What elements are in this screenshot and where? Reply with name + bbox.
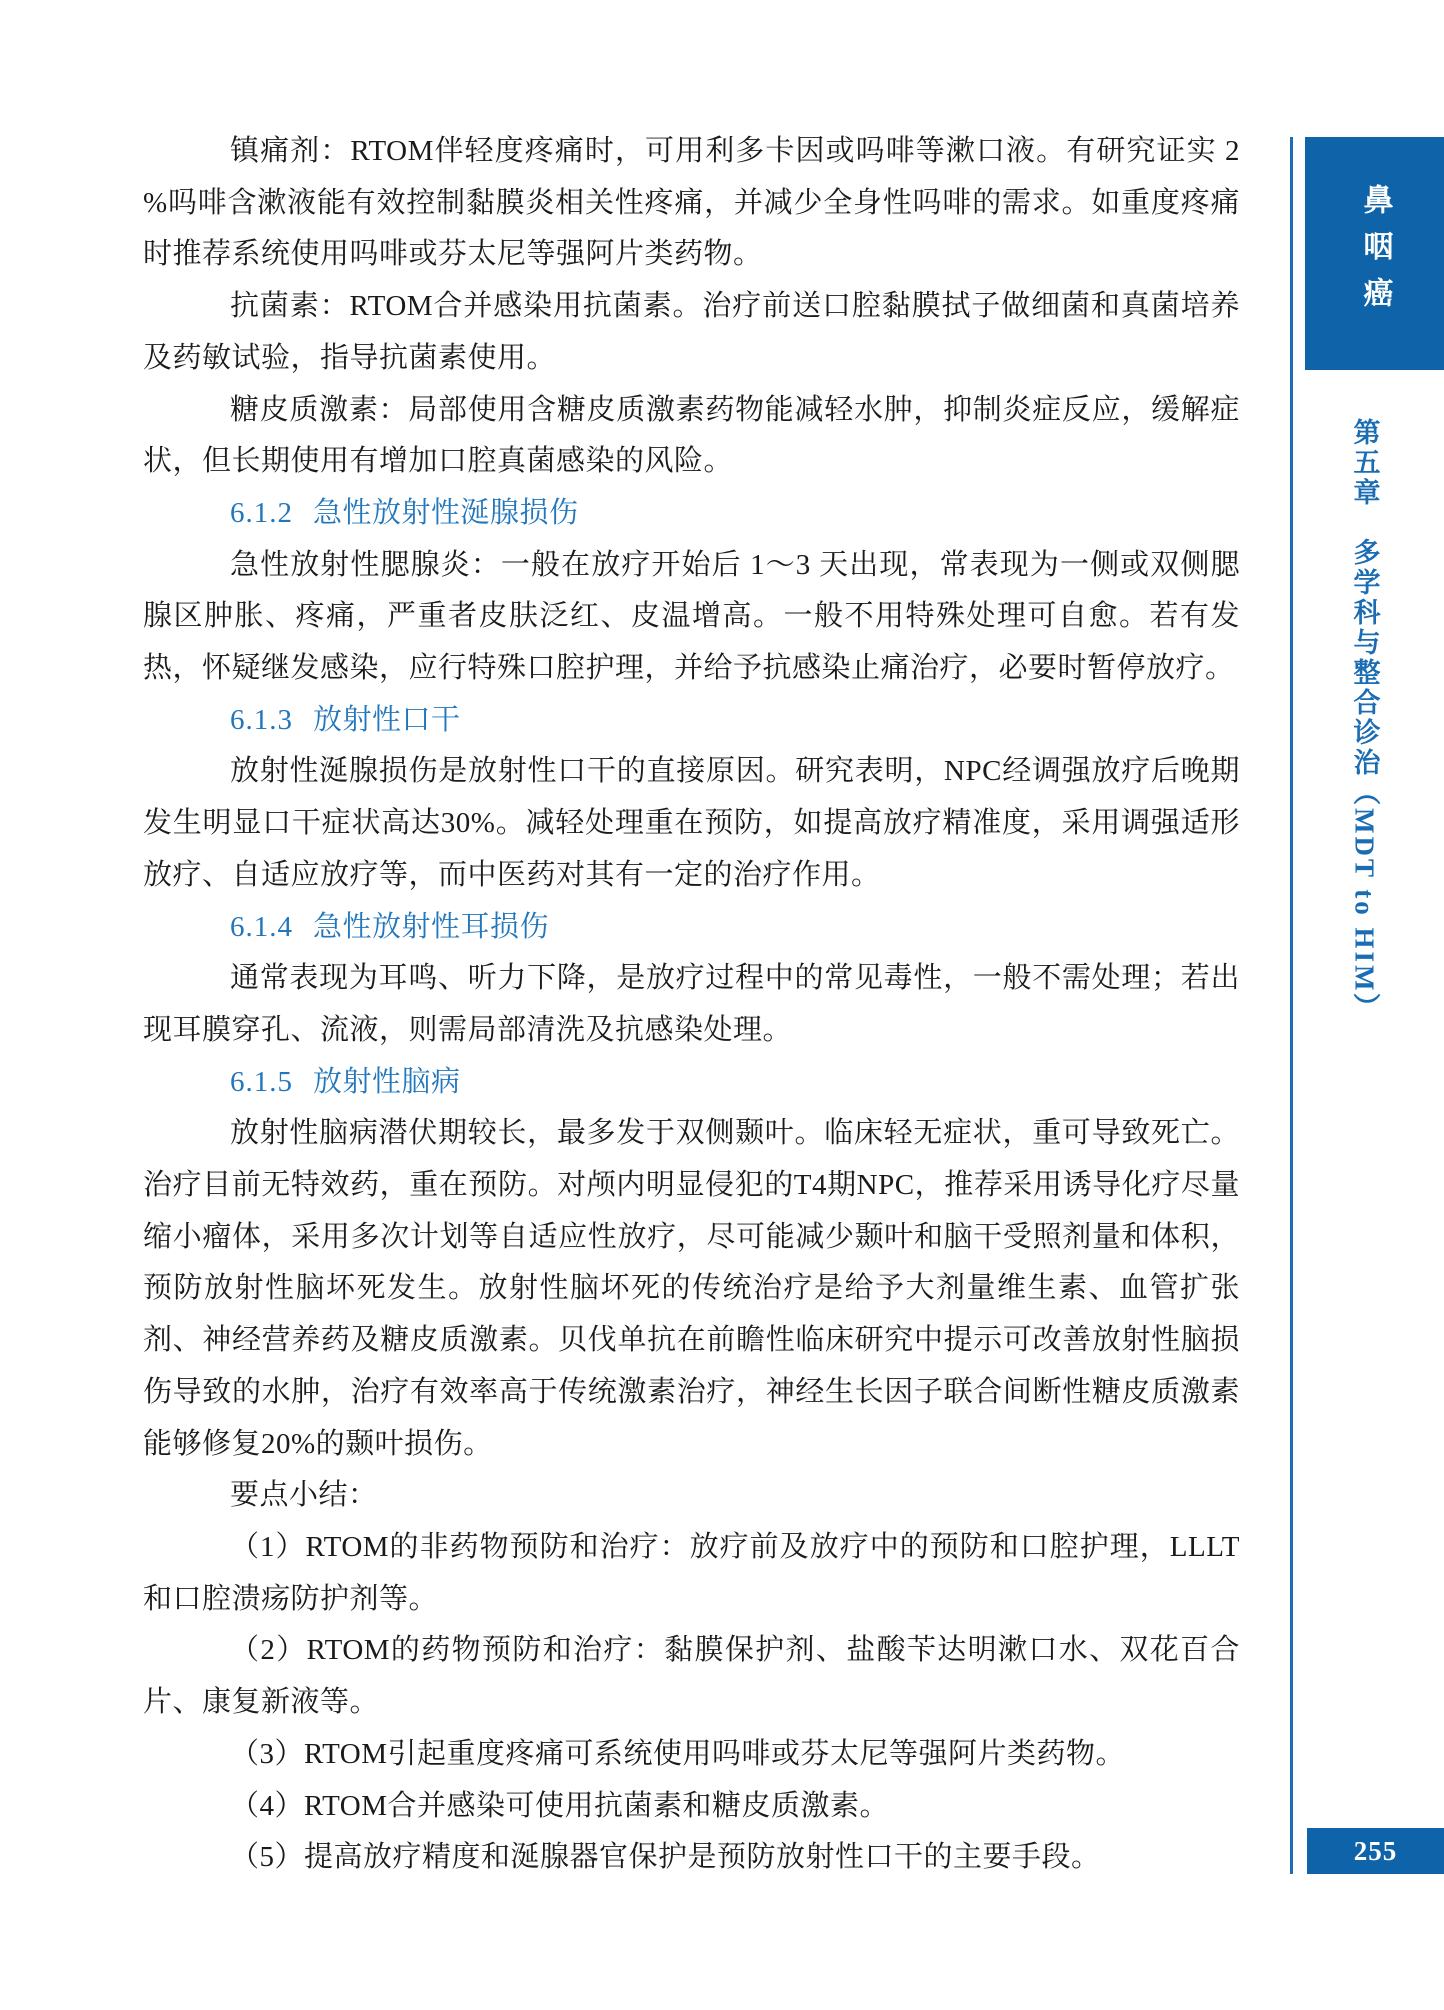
paragraph: （3）RTOM引起重度疼痛可系统使用吗啡或芬太尼等强阿片类药物。 bbox=[143, 1729, 1240, 1781]
chapter-heading-vertical: 第五章 多学科与整合诊治（MDT to HIM） bbox=[1336, 418, 1394, 1098]
paragraph: 放射性脑病潜伏期较长，最多发于双侧颞叶。临床轻无症状，重可导致死亡。治疗目前无特… bbox=[143, 1108, 1240, 1470]
paragraph: （5）提高放疗精度和涎腺器官保护是预防放射性口干的主要手段。 bbox=[143, 1832, 1240, 1884]
paragraph: 要点小结： bbox=[143, 1470, 1240, 1522]
paragraph: （4）RTOM合并感染可使用抗菌素和糖皮质激素。 bbox=[143, 1781, 1240, 1833]
section-heading: 6.1.3放射性口干 bbox=[143, 695, 1240, 747]
paragraph: 糖皮质激素：局部使用含糖皮质激素药物能减轻水肿，抑制炎症反应，缓解症状，但长期使… bbox=[143, 385, 1240, 488]
body-text: 镇痛剂：RTOM伴轻度疼痛时，可用利多卡因或吗啡等漱口液。有研究证实 2 %吗啡… bbox=[143, 126, 1240, 1884]
paragraph: 镇痛剂：RTOM伴轻度疼痛时，可用利多卡因或吗啡等漱口液。有研究证实 2 %吗啡… bbox=[143, 126, 1240, 281]
chapter-tab: 鼻咽癌 bbox=[1305, 137, 1444, 370]
book-page: 镇痛剂：RTOM伴轻度疼痛时，可用利多卡因或吗啡等漱口液。有研究证实 2 %吗啡… bbox=[0, 0, 1444, 2010]
section-heading-number: 6.1.5 bbox=[230, 1066, 293, 1098]
section-heading-number: 6.1.4 bbox=[230, 911, 293, 943]
paragraph: 通常表现为耳鸣、听力下降，是放疗过程中的常见毒性，一般不需处理；若出现耳膜穿孔、… bbox=[143, 953, 1240, 1056]
section-heading-title: 放射性口干 bbox=[313, 704, 461, 736]
section-heading-number: 6.1.3 bbox=[230, 704, 293, 736]
section-heading-number: 6.1.2 bbox=[230, 497, 293, 529]
section-heading-title: 放射性脑病 bbox=[313, 1066, 461, 1098]
section-heading-title: 急性放射性耳损伤 bbox=[313, 911, 549, 943]
section-heading-title: 急性放射性涎腺损伤 bbox=[313, 497, 579, 529]
paragraph: （2）RTOM的药物预防和治疗：黏膜保护剂、盐酸苄达明漱口水、双花百合片、康复新… bbox=[143, 1625, 1240, 1728]
paragraph: 急性放射性腮腺炎：一般在放疗开始后 1～3 天出现，常表现为一侧或双侧腮腺区肿胀… bbox=[143, 540, 1240, 695]
paragraph: 抗菌素：RTOM合并感染用抗菌素。治疗前送口腔黏膜拭子做细菌和真菌培养及药敏试验… bbox=[143, 281, 1240, 384]
section-heading: 6.1.2急性放射性涎腺损伤 bbox=[143, 488, 1240, 540]
chapter-heading-label: 第五章 多学科与整合诊治（MDT to HIM） bbox=[1346, 418, 1385, 1098]
paragraph: 放射性涎腺损伤是放射性口干的直接原因。研究表明，NPC经调强放疗后晚期发生明显口… bbox=[143, 746, 1240, 901]
section-heading: 6.1.5放射性脑病 bbox=[143, 1057, 1240, 1109]
section-heading: 6.1.4急性放射性耳损伤 bbox=[143, 902, 1240, 954]
chapter-tab-title: 鼻咽癌 bbox=[1353, 184, 1397, 324]
sidebar-divider-rule bbox=[1290, 137, 1293, 1874]
page-number-badge: 255 bbox=[1307, 1828, 1444, 1874]
page-number: 255 bbox=[1354, 1836, 1398, 1867]
paragraph: （1）RTOM的非药物预防和治疗：放疗前及放疗中的预防和口腔护理，LLLT和口腔… bbox=[143, 1522, 1240, 1625]
